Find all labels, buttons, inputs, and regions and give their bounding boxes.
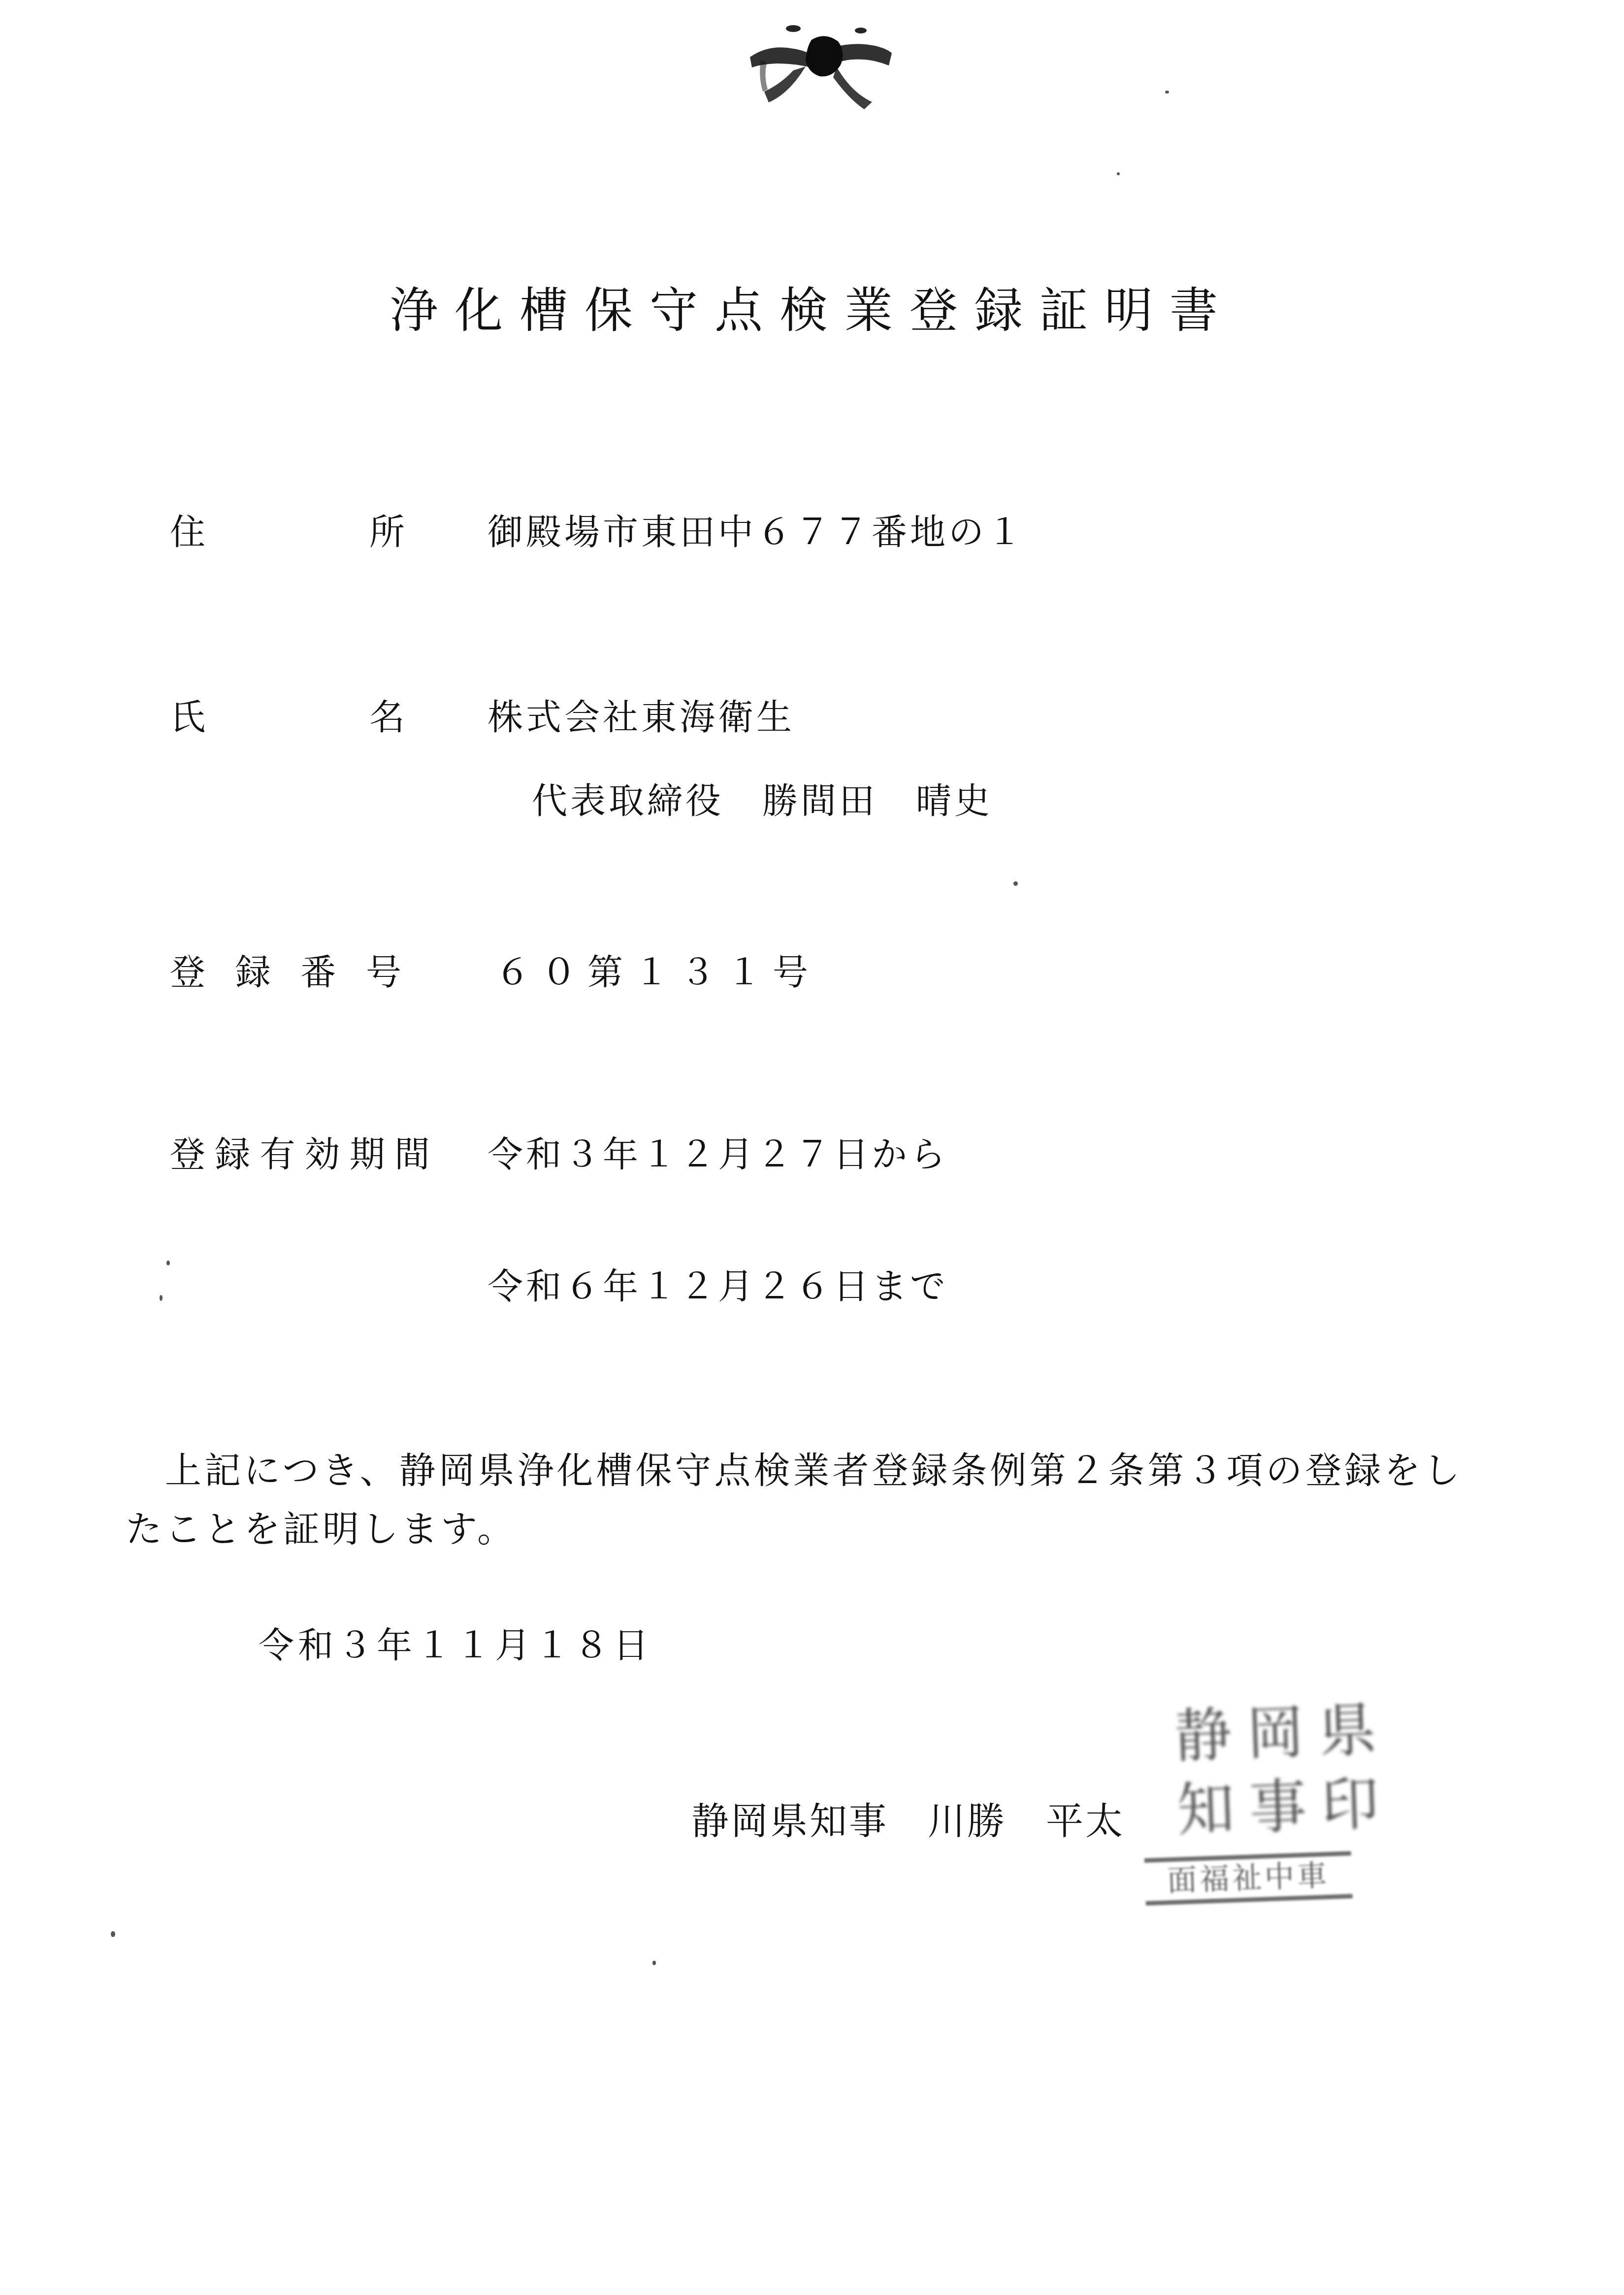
seal-sub-stamp-characters: 面福祉中車 <box>1144 1855 1352 1901</box>
name-label-char: 氏 <box>170 688 205 740</box>
certificate-title: 浄化槽保守点検業登録証明書 <box>0 272 1624 341</box>
seal-char: 事 <box>1240 1769 1315 1847</box>
certification-statement-line1: 上記につき、静岡県浄化槽保守点検業者登録条例第２条第３項の登録をし <box>126 1442 1463 1494</box>
issue-date: 令和３年１１月１８日 <box>259 1616 652 1668</box>
validity-to-value: 令和６年１２月２６日まで <box>487 1258 948 1309</box>
certification-statement-line2: たことを証明します。 <box>126 1500 517 1552</box>
regno-label-char: 号 <box>366 943 401 995</box>
scan-speck <box>160 1295 162 1301</box>
governor-signature: 静岡県知事 川勝 平太 <box>691 1791 1125 1845</box>
validity-label-char: 有 <box>260 1126 295 1177</box>
address-value: 御殿場市東田中６７７番地の１ <box>487 503 1025 554</box>
validity-label-char: 間 <box>394 1126 430 1177</box>
seal-char: 県 <box>1310 1693 1385 1771</box>
name-label-char: 名 <box>369 688 405 740</box>
validity-label-char: 登 <box>170 1126 205 1177</box>
seal-character-grid: 静 岡 県 知 事 印 <box>1166 1693 1388 1848</box>
seal-char: 印 <box>1313 1766 1388 1844</box>
validity-label-char: 期 <box>350 1126 385 1177</box>
official-seal-stamp: 静 岡 県 知 事 印 面福祉中車 <box>1139 1694 1378 1913</box>
address-label-char: 住 <box>170 503 205 554</box>
scan-speck <box>111 1931 115 1937</box>
company-name-value: 株式会社東海衛生 <box>487 688 795 740</box>
regno-label-char: 番 <box>300 943 336 995</box>
validity-from-value: 令和３年１２月２７日から <box>487 1126 948 1177</box>
seal-char: 静 <box>1166 1698 1241 1776</box>
seal-char: 知 <box>1169 1772 1243 1849</box>
seal-char: 岡 <box>1238 1695 1313 1773</box>
validity-label-char: 録 <box>215 1126 250 1177</box>
registration-number-value: ６０第１３１号 <box>495 943 819 995</box>
representative-name-value: 代表取締役 勝間田 晴史 <box>532 772 993 823</box>
address-label-char: 所 <box>369 503 405 554</box>
prefecture-emblem-smudge-icon <box>746 18 894 111</box>
regno-label-char: 登 <box>170 943 205 995</box>
scan-speck <box>1165 91 1169 94</box>
regno-label-char: 録 <box>235 943 271 995</box>
validity-period-label: 登 録 有 効 期 間 <box>170 1126 430 1177</box>
scan-speck <box>1117 172 1120 175</box>
seal-sub-stamp: 面福祉中車 <box>1144 1851 1353 1906</box>
name-label: 氏 名 <box>170 688 405 740</box>
scan-speck <box>652 1961 656 1965</box>
registration-number-label: 登 録 番 号 <box>170 943 401 995</box>
address-label: 住 所 <box>170 503 405 554</box>
validity-label-char: 効 <box>305 1126 340 1177</box>
certificate-page: 浄化槽保守点検業登録証明書 住 所 御殿場市東田中６７７番地の１ 氏 名 株式会… <box>0 0 1624 2295</box>
scan-speck <box>166 1261 170 1265</box>
scan-speck <box>1013 881 1018 886</box>
